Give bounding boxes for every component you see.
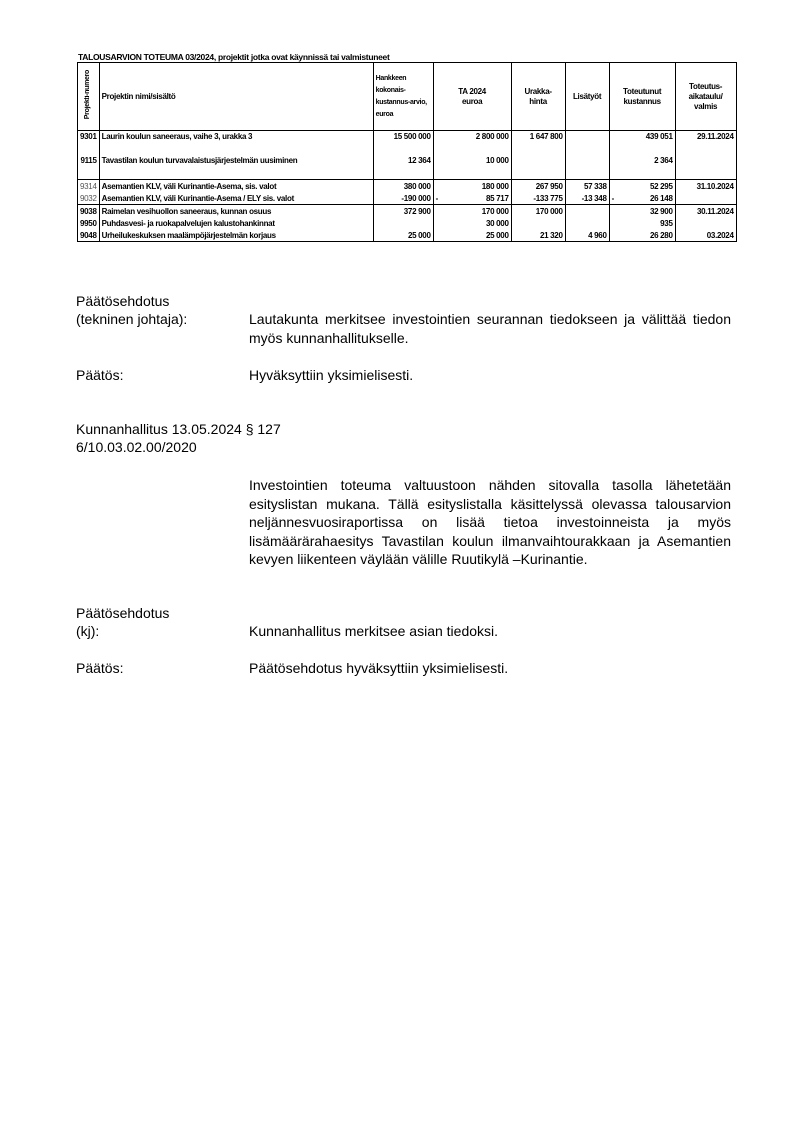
kj-decision-label: Päätös: — [76, 659, 123, 678]
cell-project-number: 9950 — [78, 217, 100, 229]
header-schedule: Toteutus-aikataulu/ valmis — [675, 63, 736, 131]
cell-extras — [565, 131, 609, 156]
cell-project-name: Asemantien KLV, väli Kurinantie-Asema / … — [99, 192, 373, 205]
cell-ta-2024: 180 000 — [433, 180, 511, 193]
cell-ta-2024: 30 000 — [433, 217, 511, 229]
header-extras: Lisätyöt — [565, 63, 609, 131]
table-title: TALOUSARVION TOTEUMA 03/2024, projektit … — [78, 52, 390, 62]
cell-project-number: 9314 — [78, 180, 100, 193]
kj-decision-text: Päätösehdotus hyväksyttiin yksimielisest… — [249, 659, 731, 678]
cell-project-name: Asemantien KLV, väli Kurinantie-Asema, s… — [99, 180, 373, 193]
cell-ta-2024: 25 000 — [433, 229, 511, 242]
cell-total-estimate: -190 000 — [373, 192, 433, 205]
proposal-author-label: (tekninen johtaja): — [76, 310, 187, 329]
cell-extras — [565, 205, 609, 218]
cell-total-estimate: 12 364 — [373, 155, 433, 180]
table-row: 9038Raimelan vesihuollon saneeraus, kunn… — [78, 205, 737, 218]
cell-project-number: 9301 — [78, 131, 100, 156]
kj-proposal-author-label: (kj): — [76, 622, 99, 641]
cell-project-name: Laurin koulun saneeraus, vaihe 3, urakka… — [99, 131, 373, 156]
cell-total-estimate — [373, 217, 433, 229]
cell-total-estimate: 15 500 000 — [373, 131, 433, 156]
cell-extras: 4 960 — [565, 229, 609, 242]
cell-ta-2024: 170 000 — [433, 205, 511, 218]
cell-project-name: Puhdasvesi- ja ruokapalvelujen kalustoha… — [99, 217, 373, 229]
reference-number: 6/10.03.02.00/2020 — [76, 438, 197, 457]
cell-schedule — [675, 192, 736, 205]
cell-total-estimate: 372 900 — [373, 205, 433, 218]
cell-total-estimate: 25 000 — [373, 229, 433, 242]
header-project-name: Projektin nimi/sisältö — [99, 63, 373, 131]
cell-schedule: 29.11.2024 — [675, 131, 736, 156]
header-ta-2024: TA 2024 euroa — [433, 63, 511, 131]
cell-project-number: 9048 — [78, 229, 100, 242]
header-project-number: Projekti-numero — [78, 63, 100, 131]
table-row: 9950Puhdasvesi- ja ruokapalvelujen kalus… — [78, 217, 737, 229]
cell-project-number: 9038 — [78, 205, 100, 218]
proposal-label: Päätösehdotus — [76, 292, 169, 311]
cell-extras: 57 338 — [565, 180, 609, 193]
cell-realized-cost: 26 280 — [609, 229, 675, 242]
cell-contract-price — [511, 155, 565, 180]
cell-schedule: 31.10.2024 — [675, 180, 736, 193]
cell-total-estimate: 380 000 — [373, 180, 433, 193]
cell-contract-price — [511, 217, 565, 229]
cell-contract-price: 170 000 — [511, 205, 565, 218]
cell-project-name: Tavastilan koulun turvavalaistusjärjeste… — [99, 155, 373, 180]
cell-extras — [565, 217, 609, 229]
cell-schedule: 03.2024 — [675, 229, 736, 242]
header-total-estimate: Hankkeen kokonais-kustannus-arvio, euroa — [373, 63, 433, 131]
cell-contract-price: 267 950 — [511, 180, 565, 193]
cell-ta-2024: -85 717 — [433, 192, 511, 205]
cell-schedule — [675, 155, 736, 180]
cell-contract-price: 21 320 — [511, 229, 565, 242]
cell-realized-cost: 439 051 — [609, 131, 675, 156]
table-row: 9115Tavastilan koulun turvavalaistusjärj… — [78, 155, 737, 180]
table-row: 9032Asemantien KLV, väli Kurinantie-Asem… — [78, 192, 737, 205]
kj-proposal-label: Päätösehdotus — [76, 604, 169, 623]
meeting-heading: Kunnanhallitus 13.05.2024 § 127 — [76, 420, 281, 439]
cell-realized-cost: 935 — [609, 217, 675, 229]
decision-text: Hyväksyttiin yksimielisesti. — [249, 366, 731, 385]
table-row: 9314Asemantien KLV, väli Kurinantie-Asem… — [78, 180, 737, 193]
cell-ta-2024: 2 800 000 — [433, 131, 511, 156]
table-row: 9048Urheilukeskuksen maalämpöjärjestelmä… — [78, 229, 737, 242]
cell-realized-cost: 52 295 — [609, 180, 675, 193]
header-realized-cost: Toteutunut kustannus — [609, 63, 675, 131]
cell-project-name: Urheilukeskuksen maalämpöjärjestelmän ko… — [99, 229, 373, 242]
kj-proposal-text: Kunnanhallitus merkitsee asian tiedoksi. — [249, 622, 731, 641]
cell-realized-cost: -26 148 — [609, 192, 675, 205]
cell-schedule — [675, 217, 736, 229]
header-contract-price: Urakka-hinta — [511, 63, 565, 131]
cell-realized-cost: 2 364 — [609, 155, 675, 180]
decision-label: Päätös: — [76, 366, 123, 385]
proposal-text: Lautakunta merkitsee investointien seura… — [249, 310, 731, 347]
cell-contract-price: -133 775 — [511, 192, 565, 205]
budget-table: Projekti-numero Projektin nimi/sisältö H… — [77, 62, 737, 242]
cell-extras — [565, 155, 609, 180]
cell-realized-cost: 32 900 — [609, 205, 675, 218]
cell-schedule: 30.11.2024 — [675, 205, 736, 218]
body-text: Investointien toteuma valtuustoon nähden… — [249, 476, 731, 569]
cell-project-number: 9032 — [78, 192, 100, 205]
table-row: 9301Laurin koulun saneeraus, vaihe 3, ur… — [78, 131, 737, 156]
cell-project-name: Raimelan vesihuollon saneeraus, kunnan o… — [99, 205, 373, 218]
cell-contract-price: 1 647 800 — [511, 131, 565, 156]
cell-ta-2024: 10 000 — [433, 155, 511, 180]
cell-project-number: 9115 — [78, 155, 100, 180]
cell-extras: -13 348 — [565, 192, 609, 205]
